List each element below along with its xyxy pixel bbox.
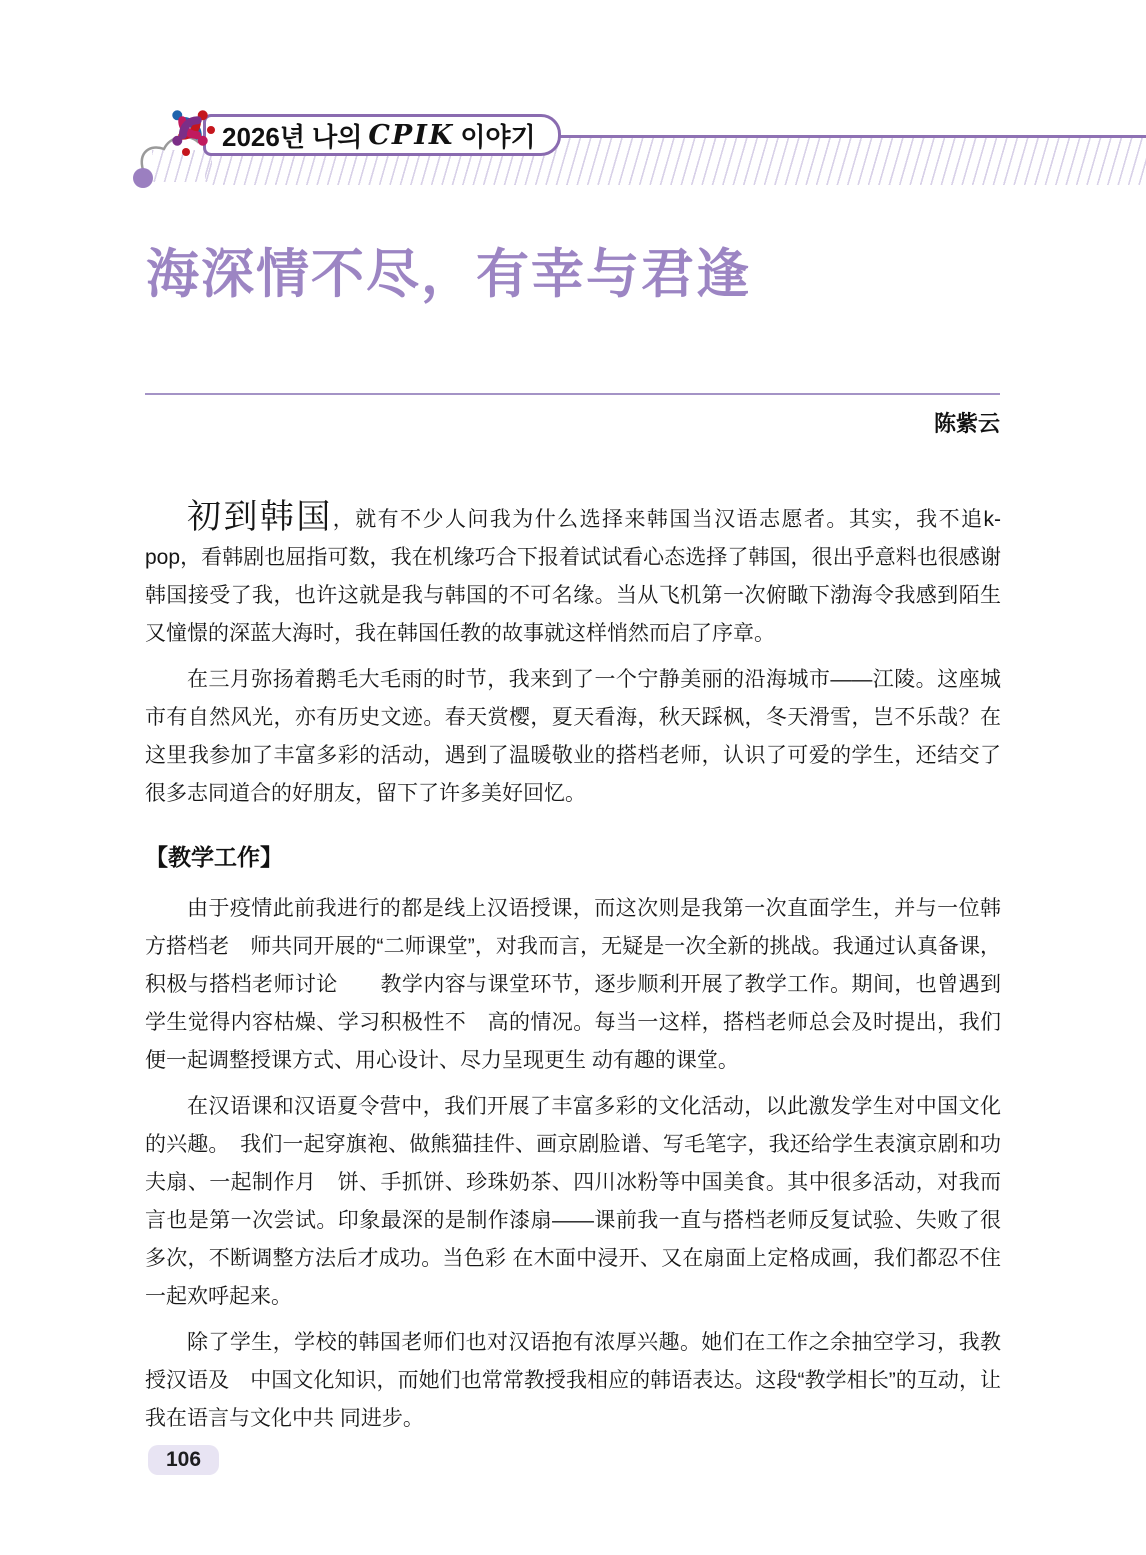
title-divider xyxy=(145,393,1000,395)
cpik-people-logo-icon xyxy=(152,92,228,168)
paragraph-lead-in: 初到韩国 xyxy=(187,497,333,537)
paragraph-3: 由于疫情此前我进行的都是线上汉语授课，而这次则是我第一次直面学生，并与一位韩方搭… xyxy=(145,890,1001,1080)
banner-cpik-text: CPIK xyxy=(368,120,454,151)
author-name: 陈紫云 xyxy=(145,407,1000,438)
section-heading-teaching: 【教学工作】 xyxy=(145,839,1001,872)
header-banner: 2026년 나의 CPIK 이야기 xyxy=(203,114,561,156)
article-body: 初到韩国，就有不少人问我为什么选择来韩国当汉语志愿者。其实，我不追k-pop，看… xyxy=(145,498,1001,1446)
page-number-badge: 106 xyxy=(148,1445,219,1475)
paragraph-2: 在三月弥扬着鹅毛大毛雨的时节，我来到了一个宁静美丽的沿海城市——江陵。这座城市有… xyxy=(145,661,1001,813)
banner-suffix-text: 이야기 xyxy=(460,117,535,154)
banner-year-text: 2026년 나의 xyxy=(222,117,362,154)
page-title: 海深情不尽，有幸与君逢 xyxy=(146,232,1046,308)
paragraph-5: 除了学生，学校的韩国老师们也对汉语抱有浓厚兴趣。她们在工作之余抽空学习，我教授汉… xyxy=(145,1324,1001,1438)
paragraph-4: 在汉语课和汉语夏令营中，我们开展了丰富多彩的文化活动，以此激发学生对中国文化的兴… xyxy=(145,1088,1001,1316)
paragraph-1: 初到韩国，就有不少人问我为什么选择来韩国当汉语志愿者。其实，我不追k-pop，看… xyxy=(145,498,1001,653)
page-number: 106 xyxy=(166,1448,201,1471)
page: 2026년 나의 CPIK 이야기 海深情不尽，有幸与君逢 陈紫云 初到韩国，就… xyxy=(0,0,1146,1555)
